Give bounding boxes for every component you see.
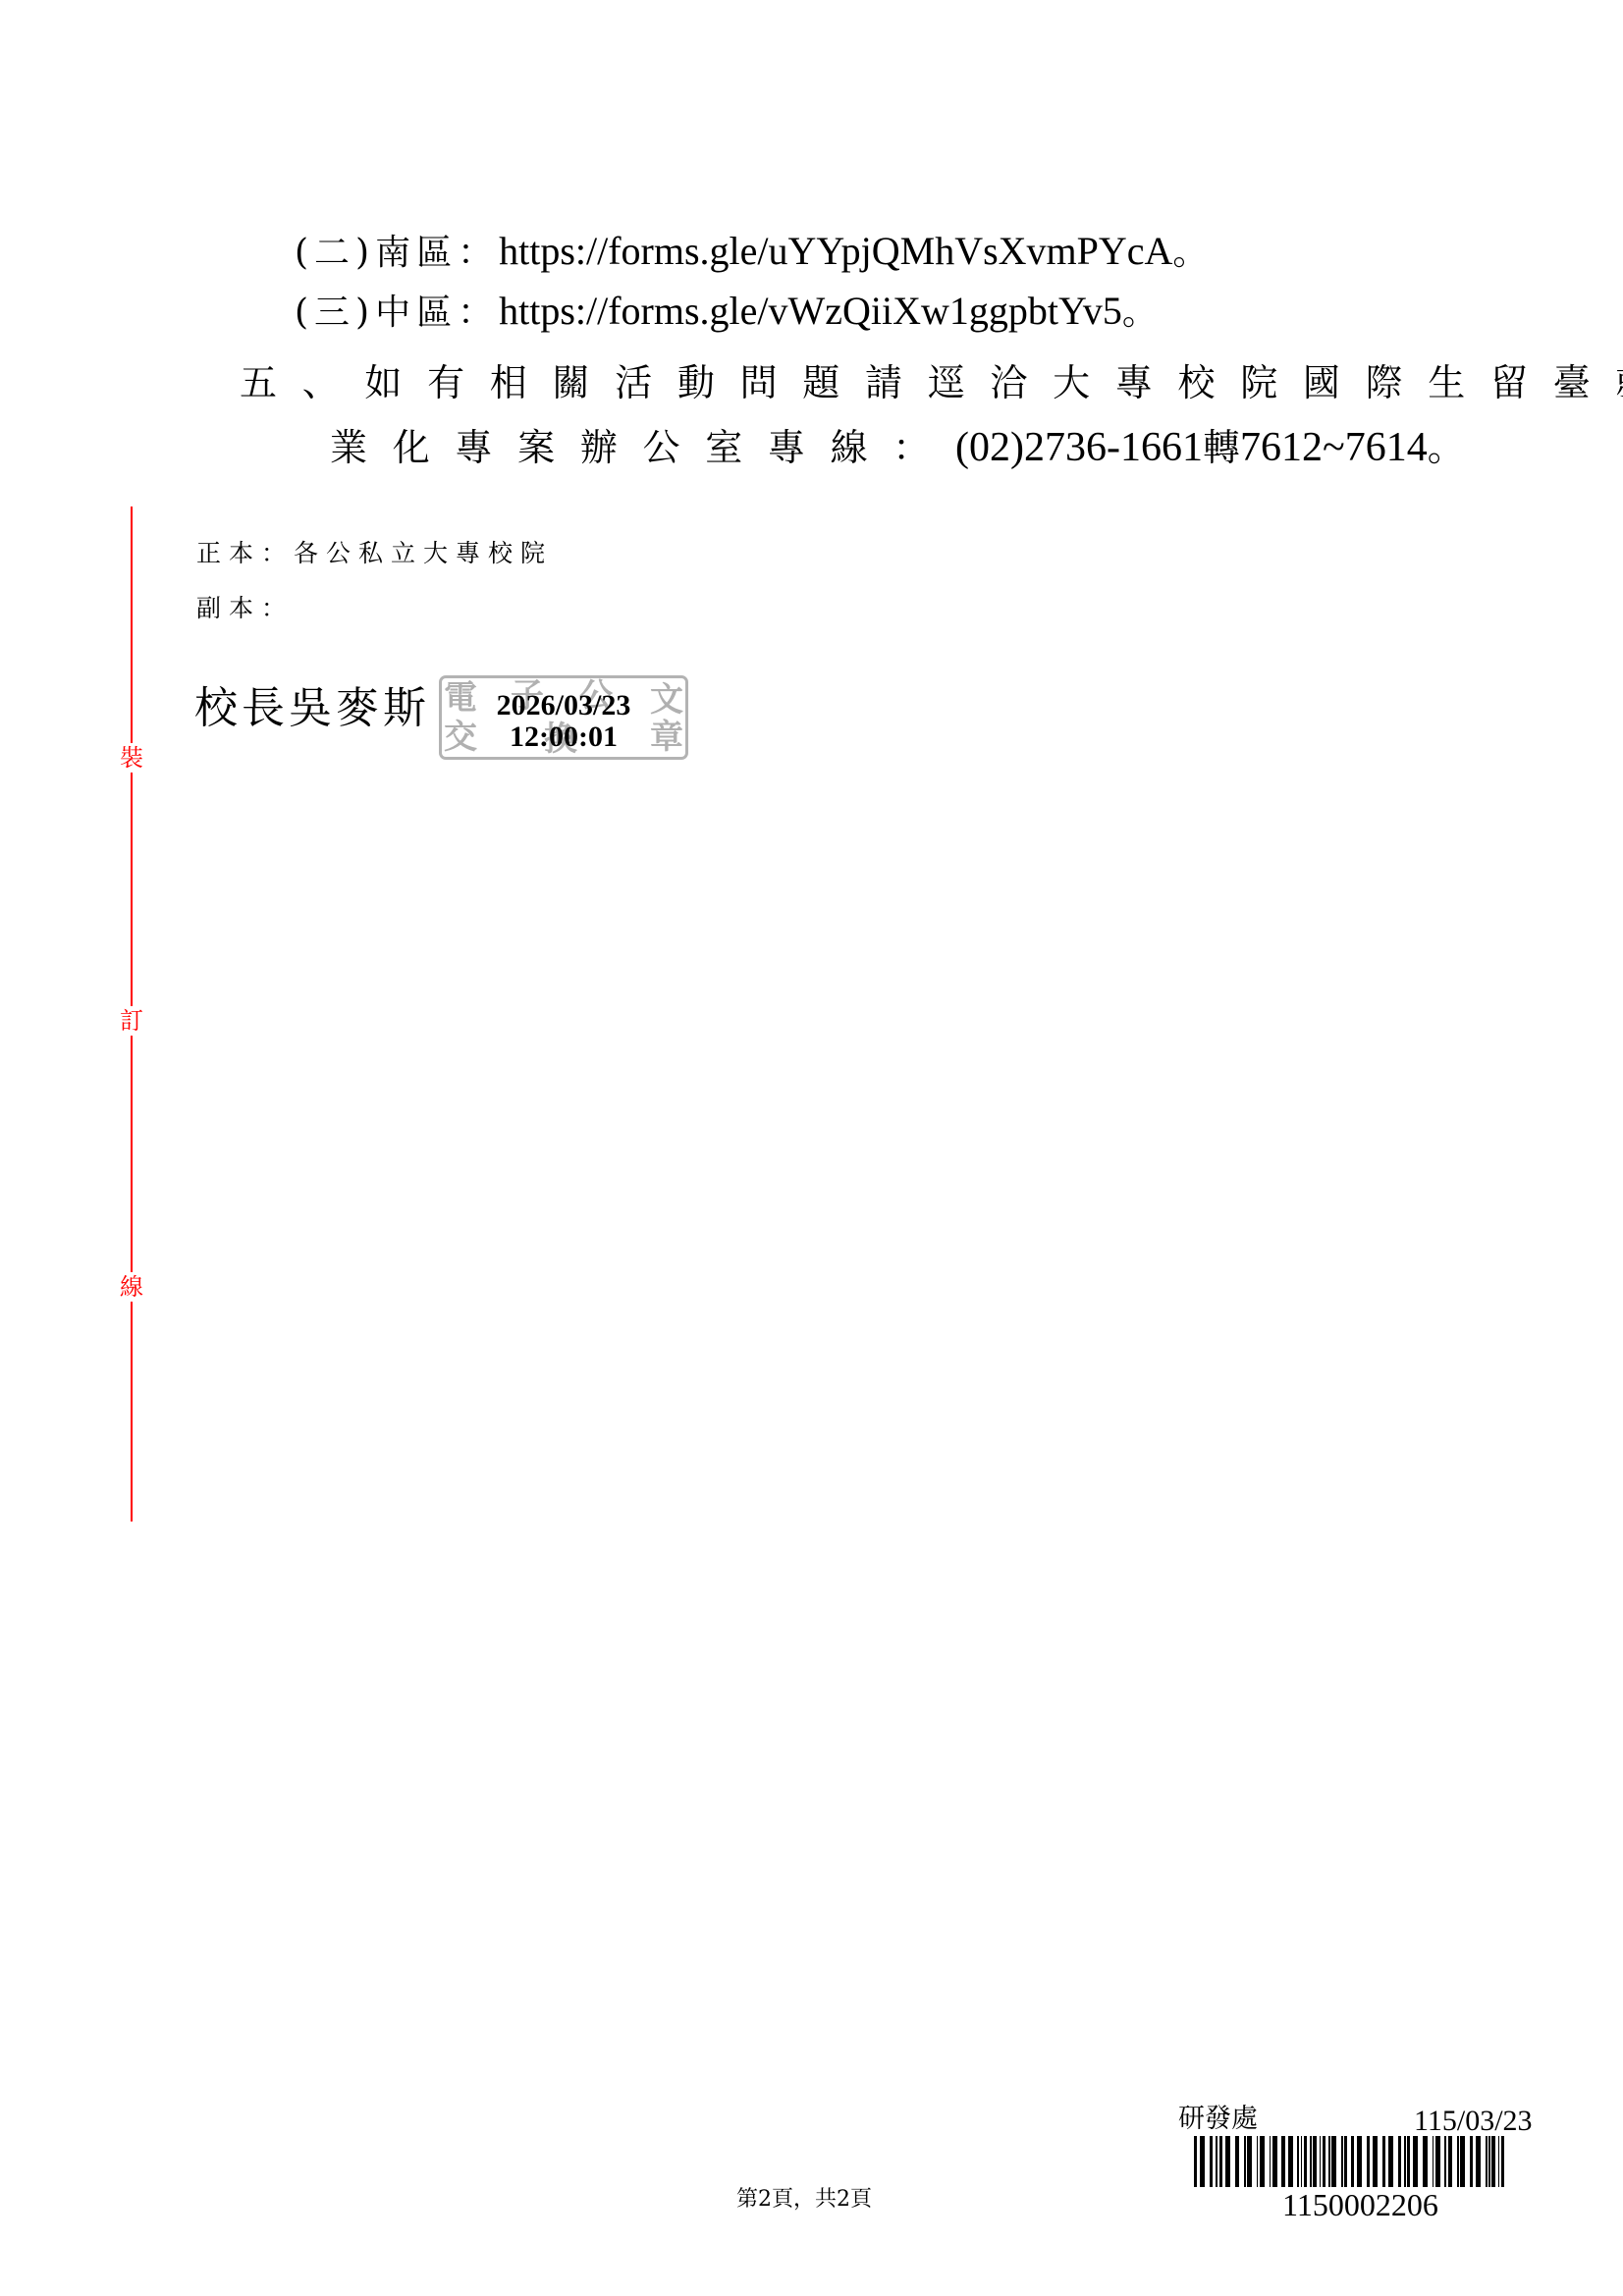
barcode-gap (1504, 2136, 1507, 2187)
stamp-date: 2026/03/23 (442, 690, 685, 721)
copy-recipients: 副本： (196, 593, 294, 624)
document-number: 1150002206 (1282, 2189, 1438, 2220)
central-region-label: (三)中區： (295, 293, 499, 333)
section-five-line2: 業化專案辦公室專線：(02)2736-1661轉7612~7614。 (330, 424, 1489, 471)
phone-number: (02)2736-1661 (955, 425, 1203, 470)
list-item-south-region: (二)南區：https://forms.gle/uYYpjQMhVsXvmPYc… (295, 228, 1214, 277)
office-name: 業化專案辦公室專線： (330, 426, 955, 469)
stamp-time: 12:00:01 (442, 721, 685, 753)
binding-char-zhuang: 裝 (117, 743, 146, 773)
binding-char-ding: 訂 (117, 1006, 146, 1036)
electronic-exchange-stamp: 電 子 公 文 交 換 章 2026/03/23 12:00:01 (439, 675, 688, 760)
document-barcode (1194, 2136, 1512, 2187)
document-date: 115/03/23 (1414, 2107, 1533, 2136)
binding-char-xian: 線 (117, 1272, 146, 1302)
original-label: 正本： (196, 539, 294, 567)
central-region-url[interactable]: https://forms.gle/vWzQiiXw1ggpbtYv5 (499, 289, 1122, 333)
extension-range: 7612~7614 (1240, 425, 1428, 470)
page-indicator: 第2頁，共2頁 (736, 2186, 872, 2214)
south-region-label: (二)南區： (295, 233, 499, 273)
extension-label: 轉 (1203, 426, 1240, 469)
original-value: 各公私立大專校院 (294, 539, 553, 567)
issuing-department: 研發處 (1178, 2105, 1258, 2134)
principal-signature: 校長吳麥斯 (194, 684, 430, 733)
south-region-url[interactable]: https://forms.gle/uYYpjQMhVsXvmPYcA (499, 229, 1172, 273)
central-region-period: 。 (1122, 293, 1163, 333)
list-item-central-region: (三)中區：https://forms.gle/vWzQiiXw1ggpbtYv… (295, 288, 1163, 337)
section-five-line1: 五、如有相關活動問題請逕洽大專校院國際生留臺就業輔導專 (240, 359, 1623, 406)
original-recipients: 正本：各公私立大專校院 (196, 538, 553, 569)
section-five-period: 。 (1428, 426, 1490, 469)
south-region-period: 。 (1172, 233, 1214, 273)
copy-label: 副本： (196, 594, 294, 622)
